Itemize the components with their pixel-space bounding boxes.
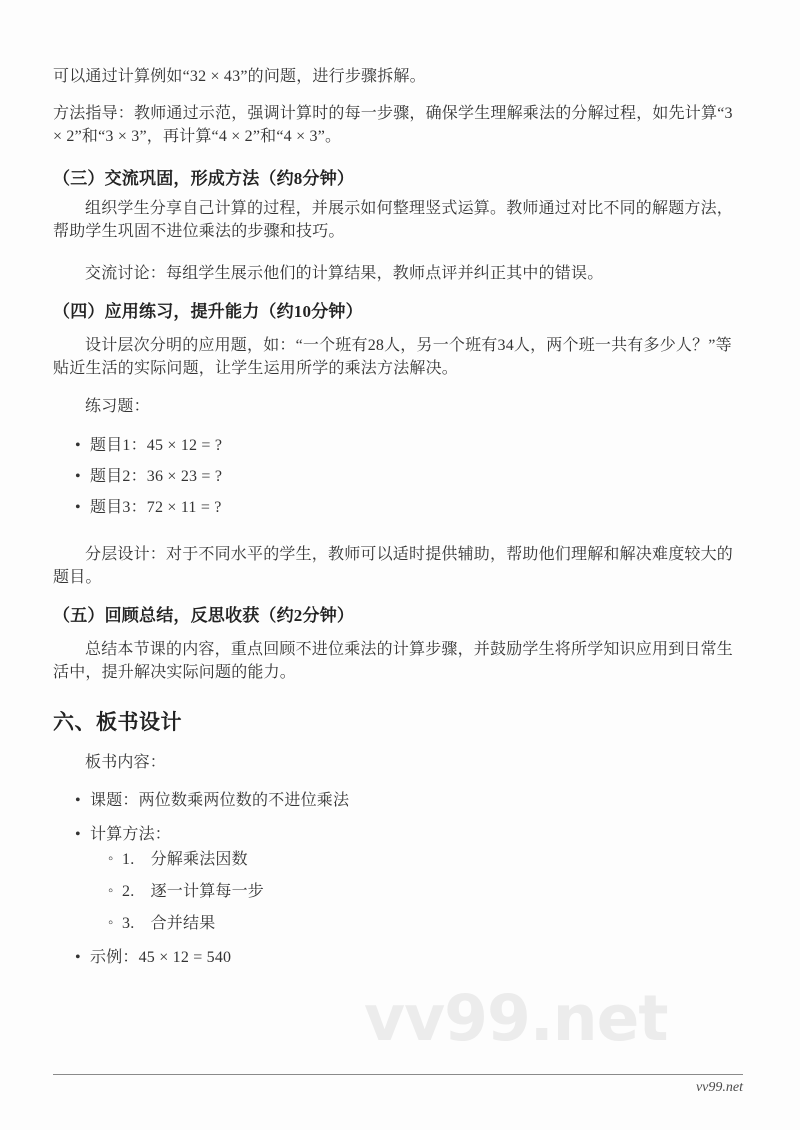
method-steps-list: 1. 分解乘法因数 2. 逐一计算每一步 3. 合并结果 [90,848,745,935]
paragraph-discussion: 交流讨论：每组学生展示他们的计算结果，教师点评并纠正其中的错误。 [53,262,745,285]
list-item-step-2: 2. 逐一计算每一步 [90,880,745,903]
board-content-label: 板书内容： [53,751,745,774]
list-item-topic: 课题：两位数乘两位数的不进位乘法 [53,789,745,812]
document-content: 可以通过计算例如“32 × 43”的问题，进行步骤拆解。 方法指导：教师通过示范… [53,65,745,980]
list-item-step-3: 3. 合并结果 [90,912,745,935]
section-heading-3: （三）交流巩固，形成方法（约8分钟） [53,167,745,191]
paragraph-method-guide: 方法指导：教师通过示范，强调计算时的每一步骤，确保学生理解乘法的分解过程，如先计… [53,102,745,148]
list-item-example: 示例：45 × 12 = 540 [53,946,745,969]
footer-divider [53,1074,743,1075]
paragraph-tiered-design: 分层设计：对于不同水平的学生，教师可以适时提供辅助，帮助他们理解和解决难度较大的… [53,543,745,589]
section-heading-5: （五）回顾总结，反思收获（约2分钟） [53,604,745,628]
methods-label: 计算方法： [90,826,171,843]
section-heading-4: （四）应用练习，提升能力（约10分钟） [53,300,745,324]
list-item-methods: 计算方法： 1. 分解乘法因数 2. 逐一计算每一步 3. 合并结果 [53,823,745,935]
board-list: 课题：两位数乘两位数的不进位乘法 计算方法： 1. 分解乘法因数 2. 逐一计算… [53,789,745,969]
list-item-exercise-2: 题目2：36 × 23 = ? [53,465,745,488]
paragraph-continued: 可以通过计算例如“32 × 43”的问题，进行步骤拆解。 [53,65,745,88]
list-item-exercise-3: 题目3：72 × 11 = ? [53,496,745,519]
watermark-text: vv99.net [364,986,667,1052]
list-item-exercise-1: 题目1：45 × 12 = ? [53,434,745,457]
paragraph-summary: 总结本节课的内容，重点回顾不进位乘法的计算步骤，并鼓励学生将所学知识应用到日常生… [53,638,745,684]
footer-site-text: vv99.net [53,1079,743,1097]
list-item-step-1: 1. 分解乘法因数 [90,848,745,871]
paragraph-applied-problems: 设计层次分明的应用题，如：“一个班有28人，另一个班有34人，两个班一共有多少人… [53,334,745,380]
chapter-heading-board-design: 六、板书设计 [53,707,745,737]
document-page: 可以通过计算例如“32 × 43”的问题，进行步骤拆解。 方法指导：教师通过示范… [0,0,800,1130]
exercise-list: 题目1：45 × 12 = ? 题目2：36 × 23 = ? 题目3：72 ×… [53,434,745,519]
paragraph-share-process: 组织学生分享自己计算的过程，并展示如何整理竖式运算。教师通过对比不同的解题方法，… [53,197,745,243]
exercise-label: 练习题： [53,395,745,418]
